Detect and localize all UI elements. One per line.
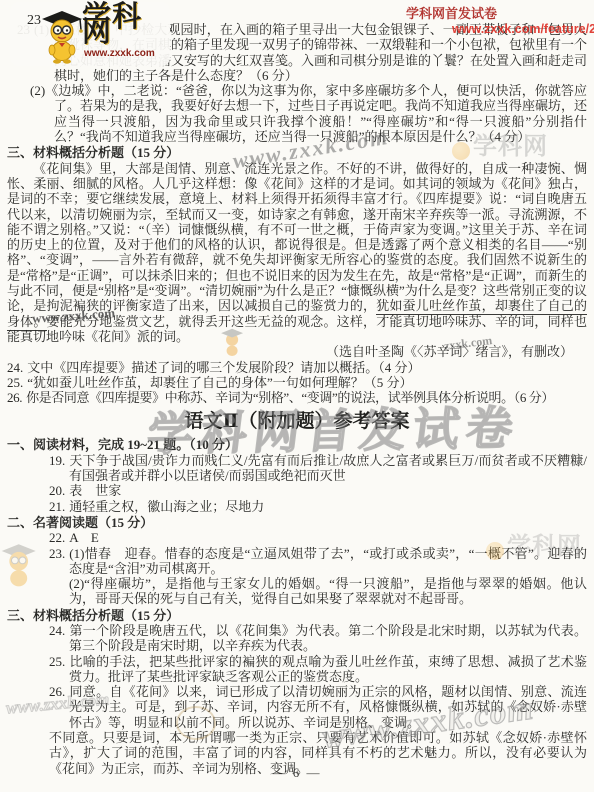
question-24: 24.文中《四库提要》描述了词的哪三个发展阶段？请加以概括。（4 分） xyxy=(7,360,587,375)
exam-paper-page: 23(1)《红楼梦》中抄检大观园时，在入画的箱子里寻出一大包金银锞子、一副玉带板… xyxy=(0,0,594,792)
passage-attribution: （选自叶圣陶《〈苏辛词〉绪言》，有删改） xyxy=(7,344,587,359)
header-right-url-watermark: www.zxxk.com/feature/2013gk/ xyxy=(452,22,594,37)
answer-23-part2-text: (2)“得座碾坊”，是指他与王家女儿的婚姻。“得一只渡船”，是指他与翠翠的婚姻。… xyxy=(69,576,587,606)
answer-19-text: 天下争于战国/贵诈力而贱仁义/先富有而后推让/故庶人之富者或累巨万/而贫者或不厌… xyxy=(69,453,587,483)
answer-23-part1: 23.(1)惜春 迎春。惜春的态度是“立逼凤姐带了去”，“或打或杀或卖”，“一概… xyxy=(7,546,587,577)
answer-25-text: 比喻的手法，把某些批评家的褊狭的观点喻为蚕儿吐丝作茧，束缚了思想、减损了艺术鉴赏… xyxy=(69,654,587,684)
passage-text-before: 《花间集》里，大部是闺情、别意、流连光景之作。不好的不讲，做得好的，自成一种凄惋… xyxy=(7,161,587,314)
question-26-number: 26. xyxy=(7,390,26,405)
answer-25-number: 25. xyxy=(49,654,69,669)
question-24-text: 文中《四库提要》描述了词的哪三个发展阶段？请加以概括。（4 分） xyxy=(27,360,420,375)
reading-passage: 《花间集》里，大部是闺情、别意、流连光景之作。不好的不讲，做得好的，自成一种凄惋… xyxy=(7,161,587,345)
question-23-part2-label: (2) xyxy=(30,83,45,98)
answer-26-agree-text: 同意。自《花间》以来，词已形成了以清切婉丽为正宗的风格，题材以闺情、别意、流连光… xyxy=(69,684,587,730)
answer-25: 25.比喻的手法，把某些批评家的褊狭的观点喻为蚕儿吐丝作茧，束缚了思想、减损了艺… xyxy=(7,654,587,685)
answer-24: 24.第一个阶段是晚唐五代，以《花间集》为代表。第二个阶段是北宋时期，以苏轼为代… xyxy=(7,623,587,654)
answer-23-number: 23. xyxy=(49,546,69,561)
answer-20: 20.表 世家 xyxy=(7,483,587,498)
xuekewang-brand-text: 学科网 xyxy=(82,10,170,41)
xuekewang-logo-block: 23 学科网 www.zxxk.com xyxy=(10,2,170,66)
question-26: 26.你是否同意《四库提要》中称苏、辛词为“别格”、“变调”的说法，试举例具体分… xyxy=(7,390,587,405)
question-25-number: 25. xyxy=(7,375,27,390)
answer-24-number: 24. xyxy=(49,623,69,638)
question-24-number: 24. xyxy=(7,360,27,375)
question-25-text: “犹如蚕儿吐丝作茧，却裹住了自己的身体”一句如何理解？（5 分） xyxy=(27,375,412,390)
question-25: 25.“犹如蚕儿吐丝作茧，却裹住了自己的身体”一句如何理解？（5 分） xyxy=(7,375,587,390)
answer-21-number: 21. xyxy=(49,499,69,514)
exam-section3-header: 三、材料概括分析题（15 分） xyxy=(7,145,587,160)
answer-21-text: 通轻重之权，徽山海之业；尽地力 xyxy=(69,499,264,514)
question-23-part2: (2)《边城》中，二老说：“爸爸，你以为这事为你，家中多座碾坊多个人，便可以快活… xyxy=(7,83,587,144)
answers-section1-header: 一、阅读材料，完成 19~21 题。（10 分） xyxy=(7,437,587,452)
xuekewang-mascot-icon xyxy=(40,6,84,64)
answer-23-part1-text: (1)惜春 迎春。惜春的态度是“立逼凤姐带了去”，“或打或杀或卖”，“一概不管”… xyxy=(69,546,587,576)
answer-22-number: 22. xyxy=(49,530,69,545)
header-right-title: 学科网首发试卷 xyxy=(406,6,497,21)
answer-22-text: A E xyxy=(69,530,99,545)
question-23-part2-text: 《边城》中，二老说：“爸爸，你以为这事为你，家中多座碾坊多个人，便可以快活，你就… xyxy=(45,83,587,144)
answer-22: 22.A E xyxy=(7,530,587,545)
answer-23-part2: (2)“得座碾坊”，是指他与王家女儿的婚姻。“得一只渡船”，是指他与翠翠的婚姻。… xyxy=(7,576,587,607)
answer-24-text: 第一个阶段是晚唐五代，以《花间集》为代表。第二个阶段是北宋时期，以苏轼为代表。第… xyxy=(69,623,587,653)
answers-section2-header: 二、名著阅读题（15 分） xyxy=(7,515,587,530)
answer-21: 21.通轻重之权，徽山海之业；尽地力 xyxy=(7,499,587,514)
question-26-text: 你是否同意《四库提要》中称苏、辛词为“别格”、“变调”的说法，试举例具体分析说明… xyxy=(26,390,554,405)
answer-19: 19.天下争于战国/贵诈力而贱仁义/先富有而后推让/故庶人之富者或累巨万/而贫者… xyxy=(7,453,587,484)
answer-26-number: 26. xyxy=(49,684,69,699)
answer-19-number: 19. xyxy=(49,453,69,468)
answer-26-agree: 26.同意。自《花间》以来，词已形成了以清切婉丽为正宗的风格，题材以闺情、别意、… xyxy=(7,684,587,730)
passage-text-after: 要能充分地鉴赏文艺，就得丢开这些无益的观念。这样，才能真切地吟味苏、辛的词，同样… xyxy=(7,314,587,344)
page-number: — 6 — xyxy=(0,765,594,780)
answers-section3-header: 三、材料概括分析题（15 分） xyxy=(7,608,587,623)
answers-title: 语文Ⅱ（附加题）参考答案 xyxy=(7,410,587,434)
document-content: 23(1)《红楼梦》中抄检大观园时，在入画的箱子里寻出一大包金银锞子、一副玉带板… xyxy=(7,22,587,776)
question-23-corner-number: 23 xyxy=(27,13,41,28)
answer-20-number: 20. xyxy=(49,483,69,498)
xuekewang-brand-url: www.zxxk.com xyxy=(84,46,155,61)
answer-20-text: 表 世家 xyxy=(69,483,121,498)
